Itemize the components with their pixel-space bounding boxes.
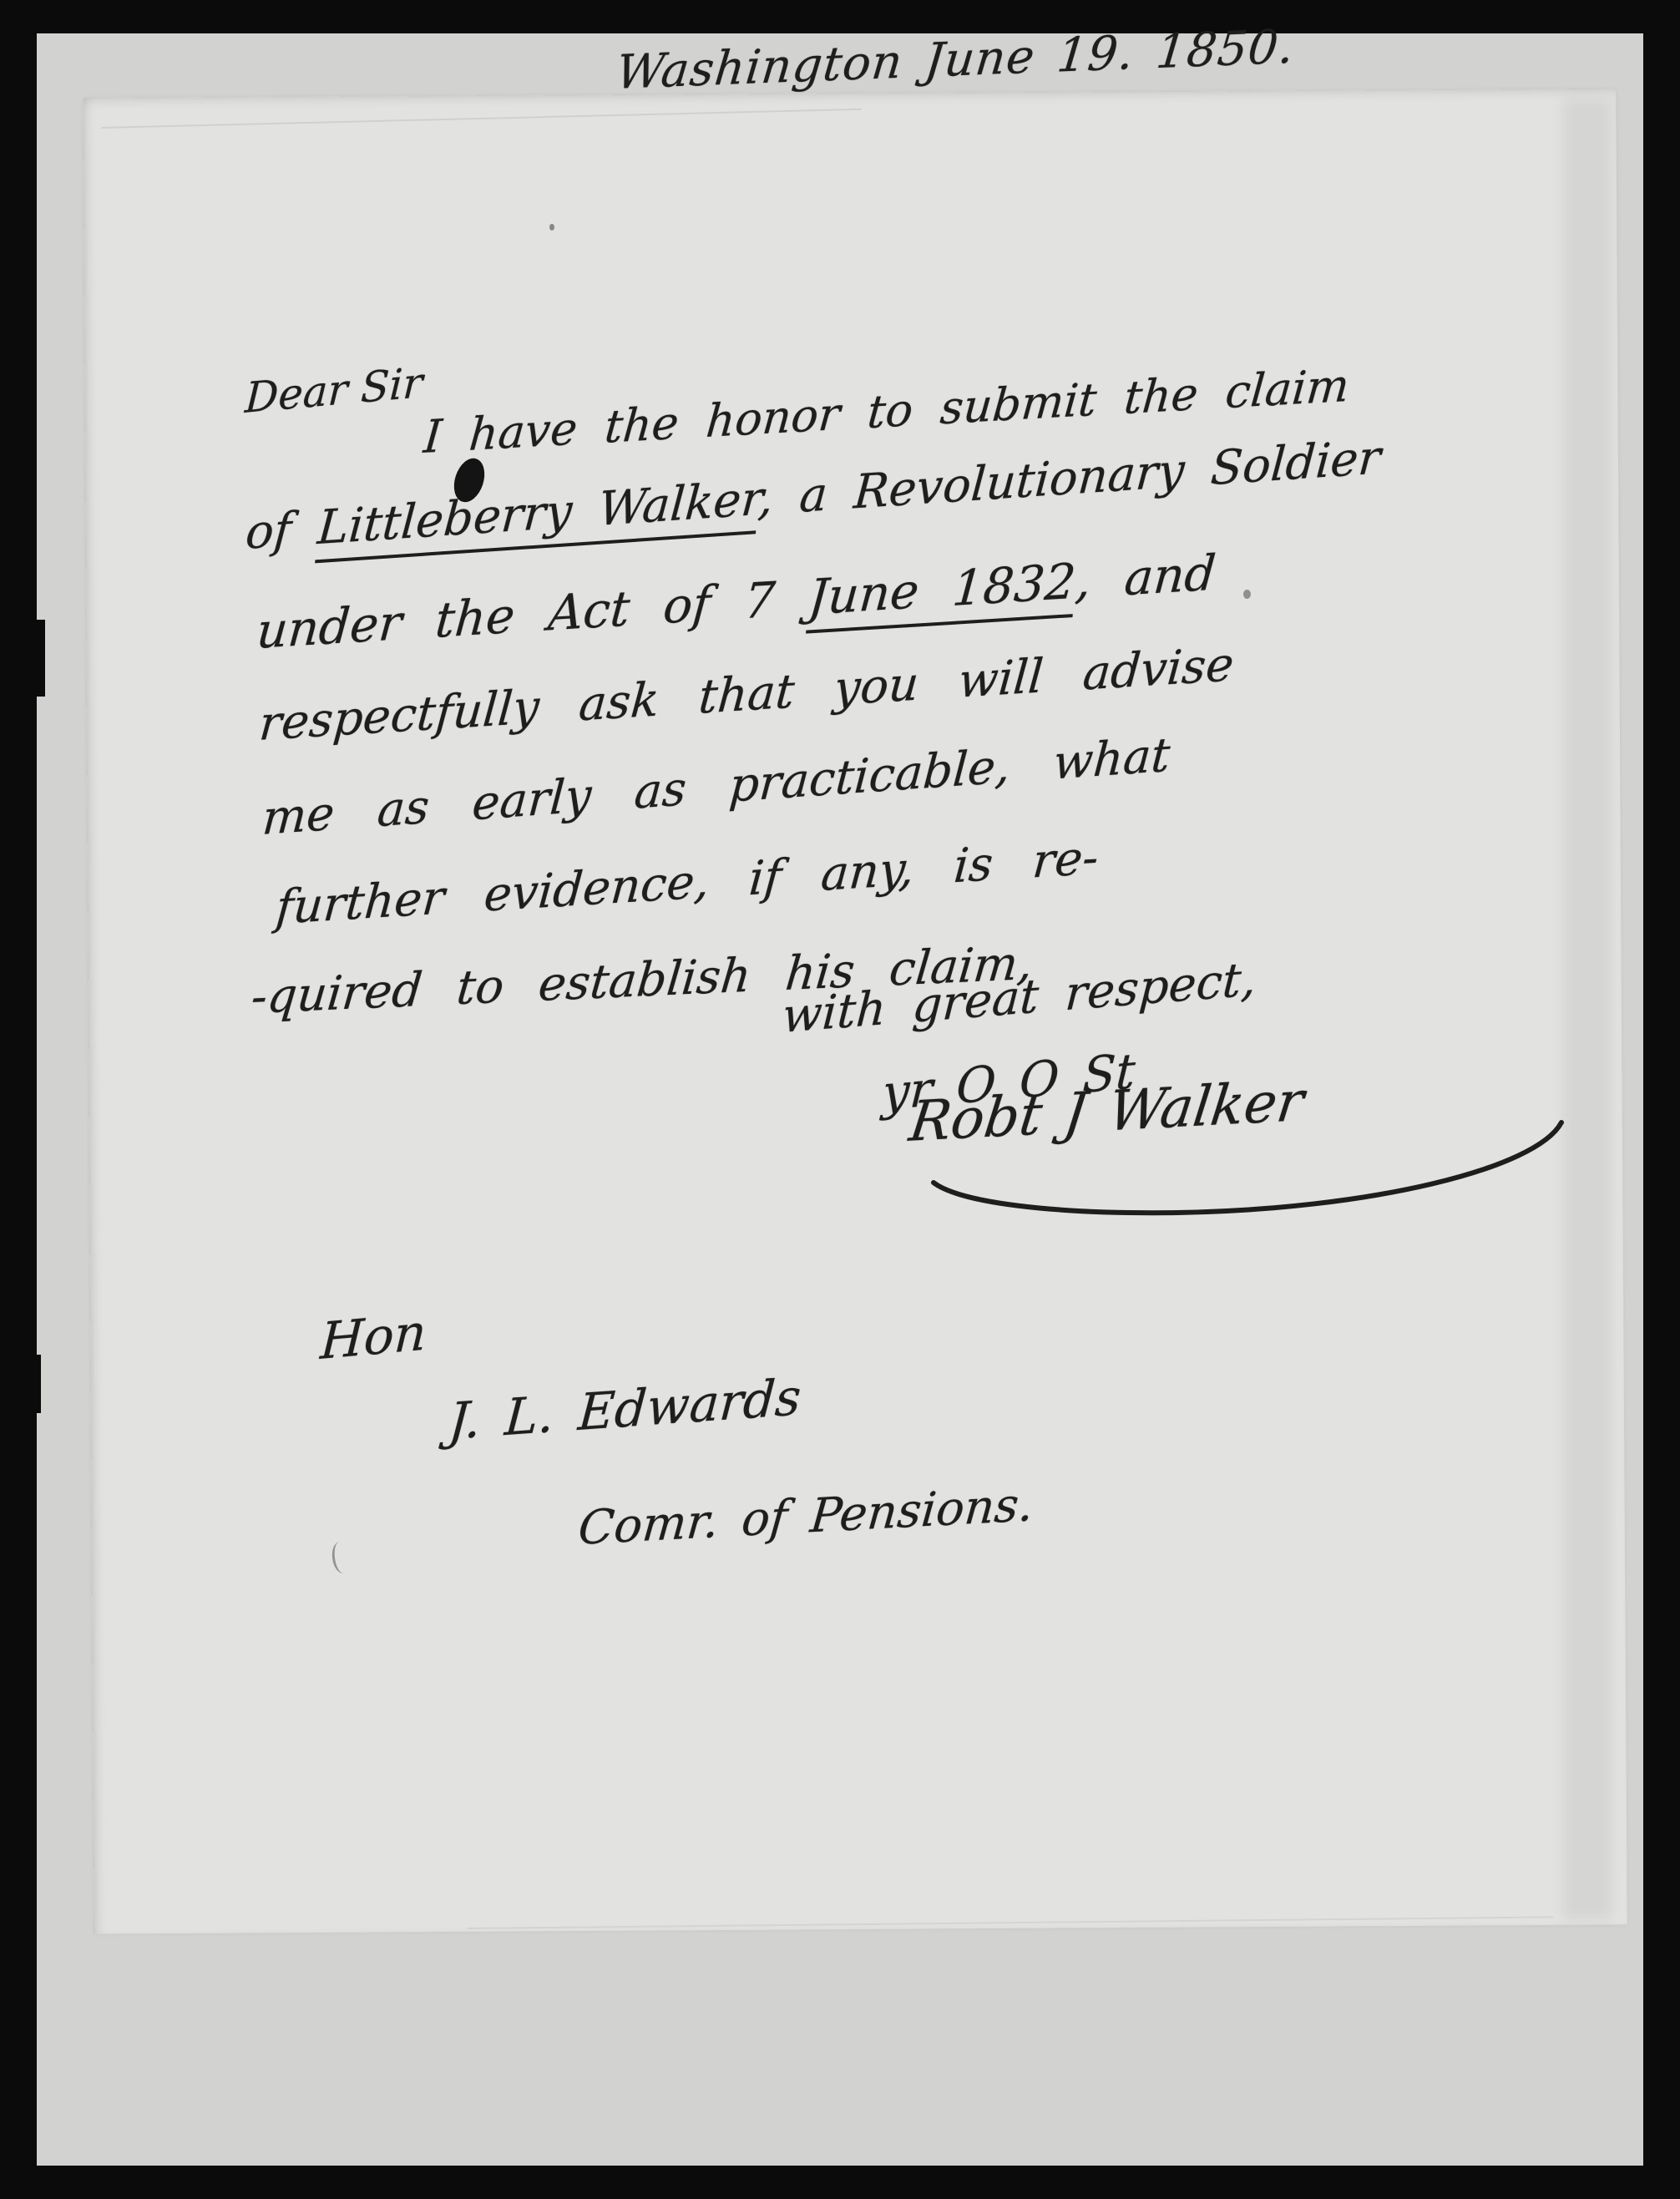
body-line-2-pre: of bbox=[244, 501, 320, 560]
body-line-3-post: , and bbox=[1074, 544, 1218, 610]
scanned-letter-page: Washington June 19. 1850. Dear Sir I hav… bbox=[0, 0, 1680, 2199]
scan-frame-notch bbox=[33, 1355, 41, 1413]
signature-flourish bbox=[902, 1111, 1595, 1228]
ink-speck bbox=[549, 224, 554, 231]
address-honorific: Hon bbox=[319, 1303, 428, 1371]
scan-frame-notch bbox=[37, 620, 45, 697]
letter-paper-edge-shadow bbox=[1563, 99, 1612, 1919]
ink-speck bbox=[1243, 590, 1251, 599]
